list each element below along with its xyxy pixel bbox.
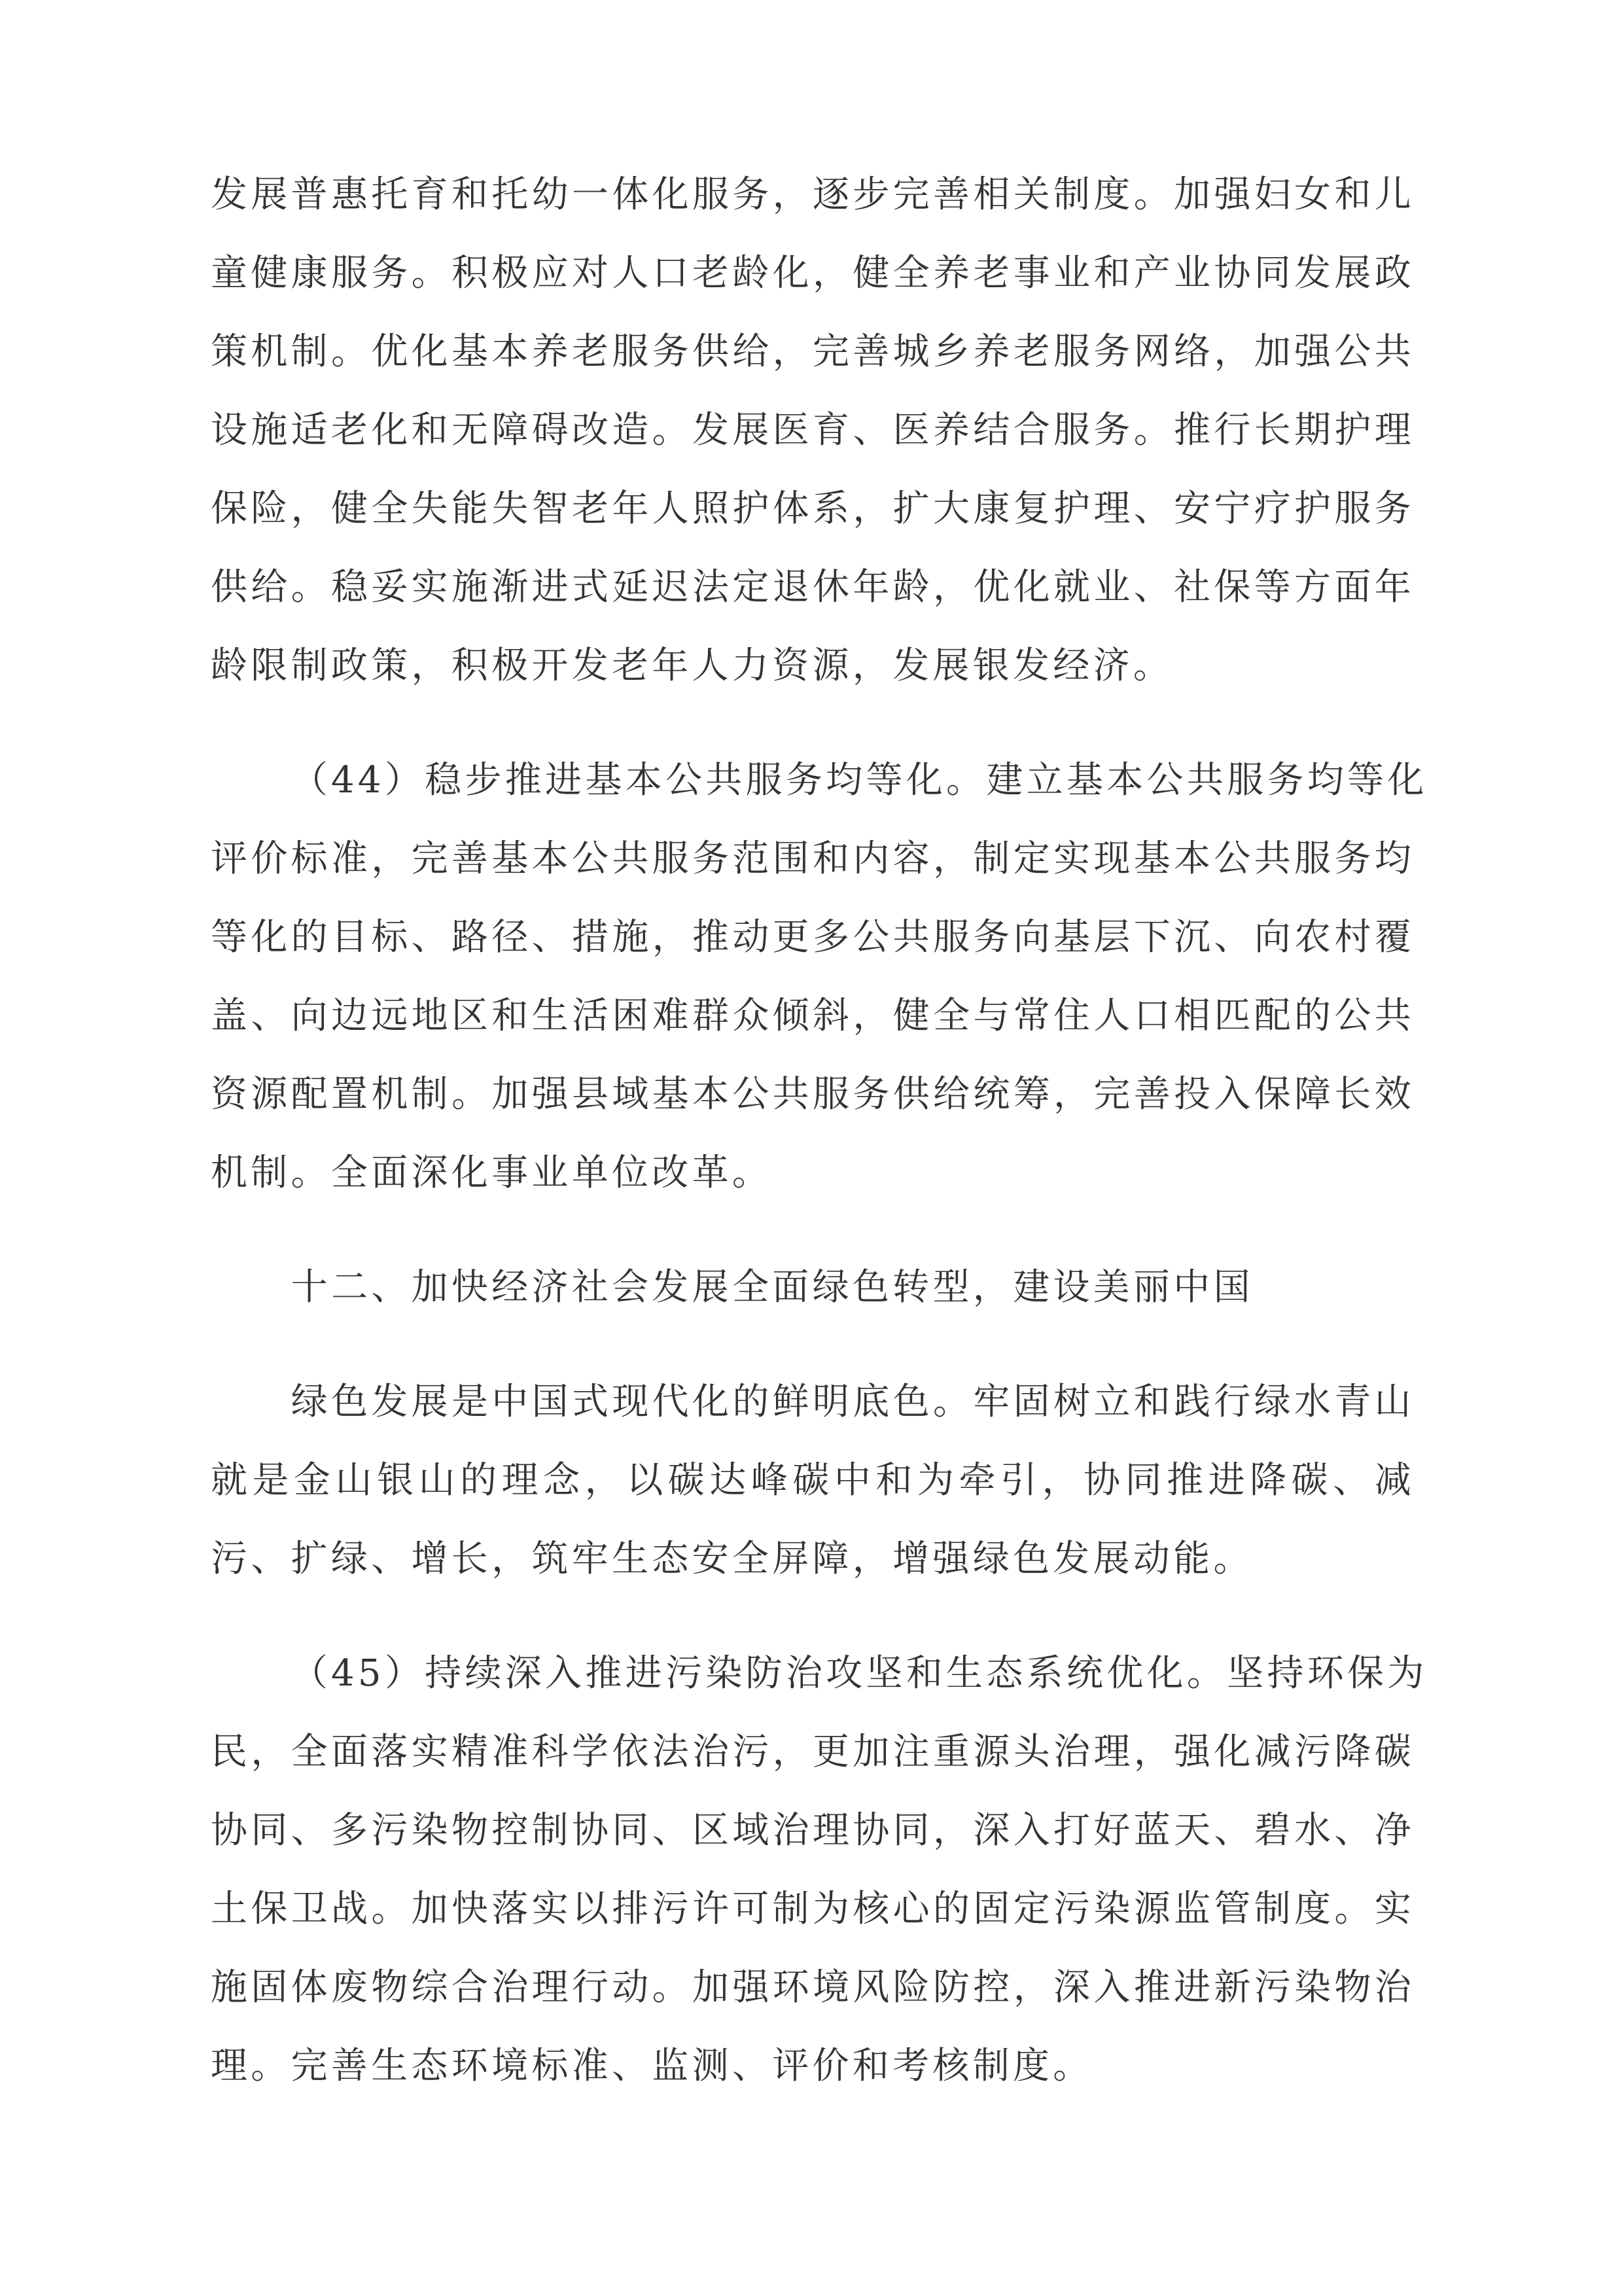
text-line: 供给。稳妥实施渐进式延迟法定退休年龄，优化就业、社保等方面年	[211, 548, 1415, 627]
text-line: 机制。全面深化事业单位改革。	[211, 1134, 1415, 1212]
text-line: 民，全面落实精准科学依法治污，更加注重源头治理，强化减污降碳	[211, 1713, 1415, 1792]
text-line: 等化的目标、路径、措施，推动更多公共服务向基层下沉、向农村覆	[211, 898, 1415, 977]
text-line: 发展普惠托育和托幼一体化服务，逐步完善相关制度。加强妇女和儿	[211, 156, 1415, 234]
text-line: 协同、多污染物控制协同、区域治理协同，深入打好蓝天、碧水、净	[211, 1792, 1415, 1870]
text-line: 策机制。优化基本养老服务供给，完善城乡养老服务网络，加强公共	[211, 313, 1415, 391]
paragraph-green-development: 绿色发展是中国式现代化的鲜明底色。牢固树立和践行绿水青山 就是金山银山的理念，以…	[211, 1363, 1415, 1598]
text-line: 理。完善生态环境标准、监测、评价和考核制度。	[211, 2027, 1415, 2106]
text-line: （44）稳步推进基本公共服务均等化。建立基本公共服务均等化	[211, 741, 1415, 820]
section-heading-12: 十二、加快经济社会发展全面绿色转型，建设美丽中国	[211, 1248, 1415, 1327]
text-line: 就是金山银山的理念，以碳达峰碳中和为牵引，协同推进降碳、减	[211, 1441, 1415, 1520]
heading-text: 十二、加快经济社会发展全面绿色转型，建设美丽中国	[211, 1248, 1415, 1327]
text-line: （45）持续深入推进污染防治攻坚和生态系统优化。坚持环保为	[211, 1634, 1415, 1713]
text-line: 施固体废物综合治理行动。加强环境风险防控，深入推进新污染物治	[211, 1949, 1415, 2027]
text-block: 发展普惠托育和托幼一体化服务，逐步完善相关制度。加强妇女和儿 童健康服务。积极应…	[211, 156, 1415, 2142]
text-line: 保险，健全失能失智老年人照护体系，扩大康复护理、安宁疗护服务	[211, 470, 1415, 548]
text-line: 土保卫战。加快落实以排污许可制为核心的固定污染源监管制度。实	[211, 1870, 1415, 1949]
text-line: 污、扩绿、增长，筑牢生态安全屏障，增强绿色发展动能。	[211, 1520, 1415, 1598]
paragraph-elderly-care: 发展普惠托育和托幼一体化服务，逐步完善相关制度。加强妇女和儿 童健康服务。积极应…	[211, 156, 1415, 705]
text-line: 评价标准，完善基本公共服务范围和内容，制定实现基本公共服务均	[211, 820, 1415, 898]
text-line: 龄限制政策，积极开发老年人力资源，发展银发经济。	[211, 627, 1415, 705]
paragraph-44-public-services: （44）稳步推进基本公共服务均等化。建立基本公共服务均等化 评价标准，完善基本公…	[211, 741, 1415, 1212]
document-page: 发展普惠托育和托幼一体化服务，逐步完善相关制度。加强妇女和儿 童健康服务。积极应…	[0, 0, 1622, 2296]
text-line: 童健康服务。积极应对人口老龄化，健全养老事业和产业协同发展政	[211, 234, 1415, 313]
text-line: 绿色发展是中国式现代化的鲜明底色。牢固树立和践行绿水青山	[211, 1363, 1415, 1441]
text-line: 盖、向边远地区和生活困难群众倾斜，健全与常住人口相匹配的公共	[211, 977, 1415, 1055]
text-line: 资源配置机制。加强县域基本公共服务供给统筹，完善投入保障长效	[211, 1055, 1415, 1134]
paragraph-45-pollution-control: （45）持续深入推进污染防治攻坚和生态系统优化。坚持环保为 民，全面落实精准科学…	[211, 1634, 1415, 2106]
text-line: 设施适老化和无障碍改造。发展医育、医养结合服务。推行长期护理	[211, 391, 1415, 470]
